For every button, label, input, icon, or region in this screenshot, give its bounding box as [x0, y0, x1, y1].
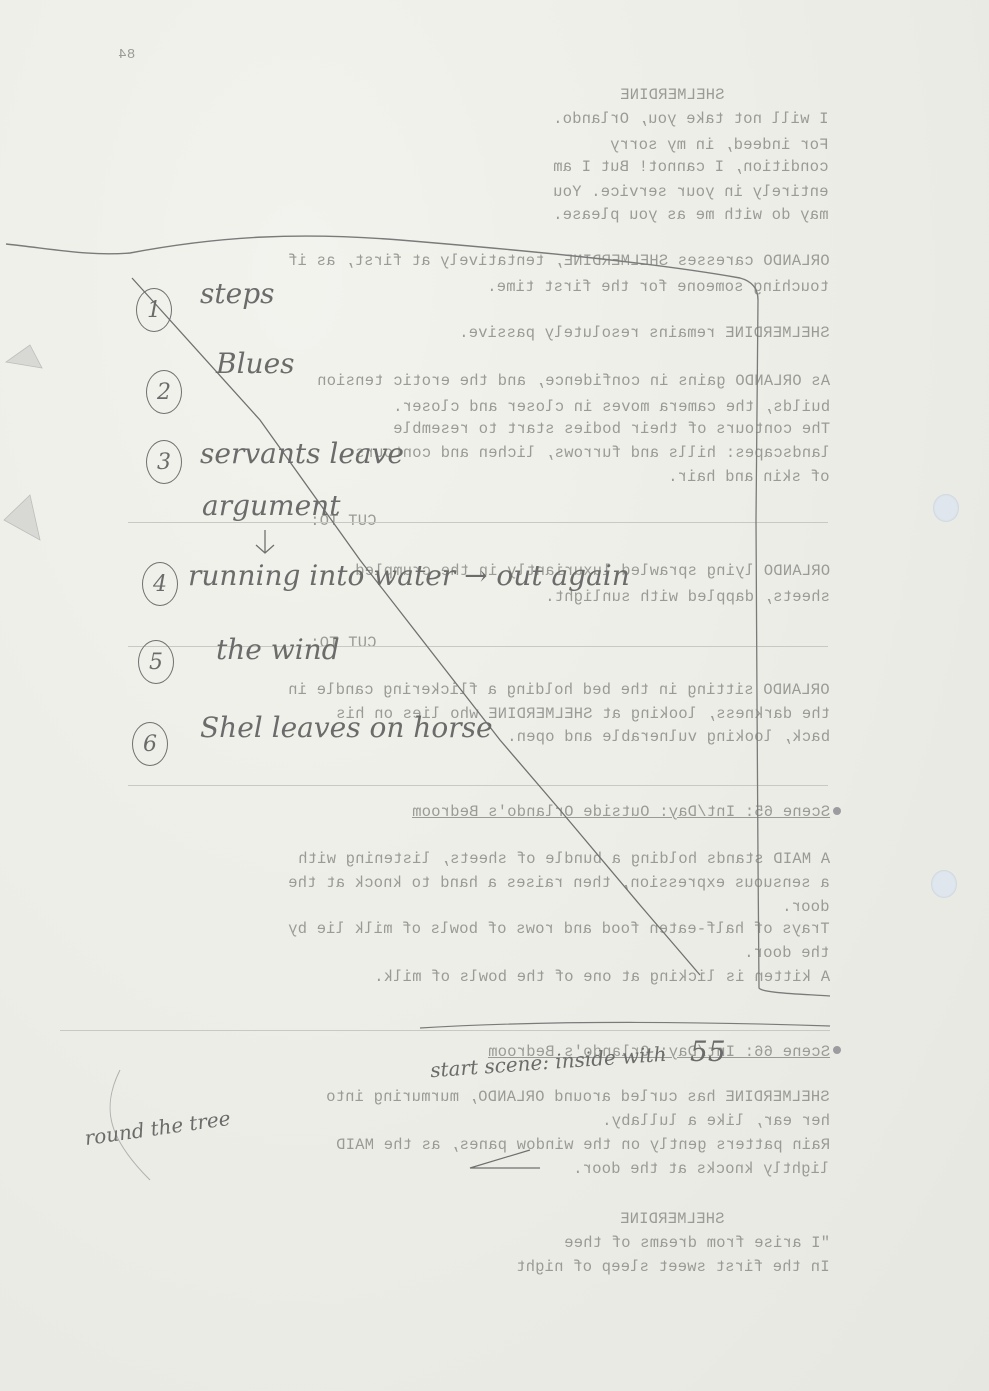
page-number: 84	[118, 48, 135, 62]
typed-line-action-6-5: the door.	[744, 946, 830, 962]
typed-line-action-3-4: landscapes: hills and furrows, lichen an…	[355, 446, 830, 462]
typed-line-action-6-2: a sensuous expression, then raises a han…	[288, 876, 830, 892]
note-number-4: 4	[142, 562, 178, 606]
typed-line-action-6-3: door.	[782, 900, 830, 916]
typed-line-action-7-3: Rain patters gently on the window panes,…	[336, 1138, 830, 1154]
typed-line-dialog-1-2: For indeed, in my sorry	[610, 138, 829, 154]
punch-hole	[933, 494, 959, 522]
separator-rule	[128, 785, 828, 786]
typed-line-action-6-4: Trays of half-eaten food and rows of bow…	[288, 922, 830, 938]
typed-line-dialog-2-1: "I arise from dreams of thee	[564, 1236, 830, 1252]
note-blues: Blues	[216, 350, 295, 378]
typed-line-scene-65: Scene 65: Int/Day: Outside Orlando's Bed…	[412, 805, 830, 821]
separator-rule	[128, 522, 828, 523]
note-number-6: 6	[132, 722, 168, 766]
note-number-1: 1	[136, 288, 172, 332]
separator-rule	[60, 1030, 830, 1031]
typed-line-action-3-3: The contours of their bodies start to re…	[393, 422, 830, 438]
typed-line-dialog-1-3: condition, I cannot! But I am	[553, 160, 829, 176]
typed-line-action-2-1: SHELMERDINE remains resolutely passive.	[459, 326, 830, 342]
note-steps: steps	[200, 280, 274, 308]
typed-line-action-5-3: back, looking vulnerable and open.	[507, 730, 830, 746]
note-running-into-water: running into water → out again	[188, 562, 630, 590]
note-55: 55	[690, 1038, 726, 1066]
note-shel-leaves: Shel leaves on horse	[200, 714, 493, 742]
typed-line-action-5-1: ORLANDO sitting in the bed holding a fli…	[288, 683, 830, 699]
typed-line-dialog-1-4: entirely in your service. You	[553, 185, 829, 201]
typed-line-action-6-1: A MAID stands holding a bundle of sheets…	[298, 852, 830, 868]
typed-line-action-1-1: ORLANDO caresses SHELMERDINE, tentativel…	[288, 254, 830, 270]
note-servants-leave: servants leave	[200, 440, 404, 468]
typed-line-speaker-2: SHELMERDINE	[620, 1212, 725, 1228]
note-argument: argument	[202, 492, 340, 520]
scene-bullet	[833, 1046, 841, 1054]
typed-line-action-3-1: As ORLANDO gains in confidence, and the …	[317, 374, 830, 390]
typed-line-action-4-2: sheets, dappled with sunlight.	[545, 590, 830, 606]
typed-line-action-3-2: builds, the camera moves in closer and c…	[393, 400, 830, 416]
typed-line-speaker-1: SHELMERDINE	[620, 88, 725, 104]
typed-line-action-6-6: A kitten is licking at one of the bowls …	[374, 970, 830, 986]
typed-line-dialog-2-2: In the first sweet sleep of night	[516, 1260, 830, 1276]
typed-line-action-3-5: of skin and hair.	[668, 470, 830, 486]
note-number-3: 3	[146, 440, 182, 484]
typed-line-dialog-1-1: I will not take you, Orlando.	[553, 112, 829, 128]
typed-line-action-7-2: her ear, like a lullaby.	[602, 1114, 830, 1130]
typed-line-action-7-4: lightly knocks at the door.	[573, 1162, 830, 1178]
punch-hole	[931, 870, 957, 898]
typed-line-dialog-1-5: may do with me as you please.	[553, 208, 829, 224]
note-number-2: 2	[146, 370, 182, 414]
typed-line-action-1-2: touching someone for the first time.	[487, 280, 829, 296]
scene-bullet	[833, 807, 841, 815]
typed-line-action-7-1: SHELMERDINE has curled around ORLANDO, m…	[326, 1090, 830, 1106]
note-number-5: 5	[138, 640, 174, 684]
note-the-wind: the wind	[216, 636, 340, 664]
